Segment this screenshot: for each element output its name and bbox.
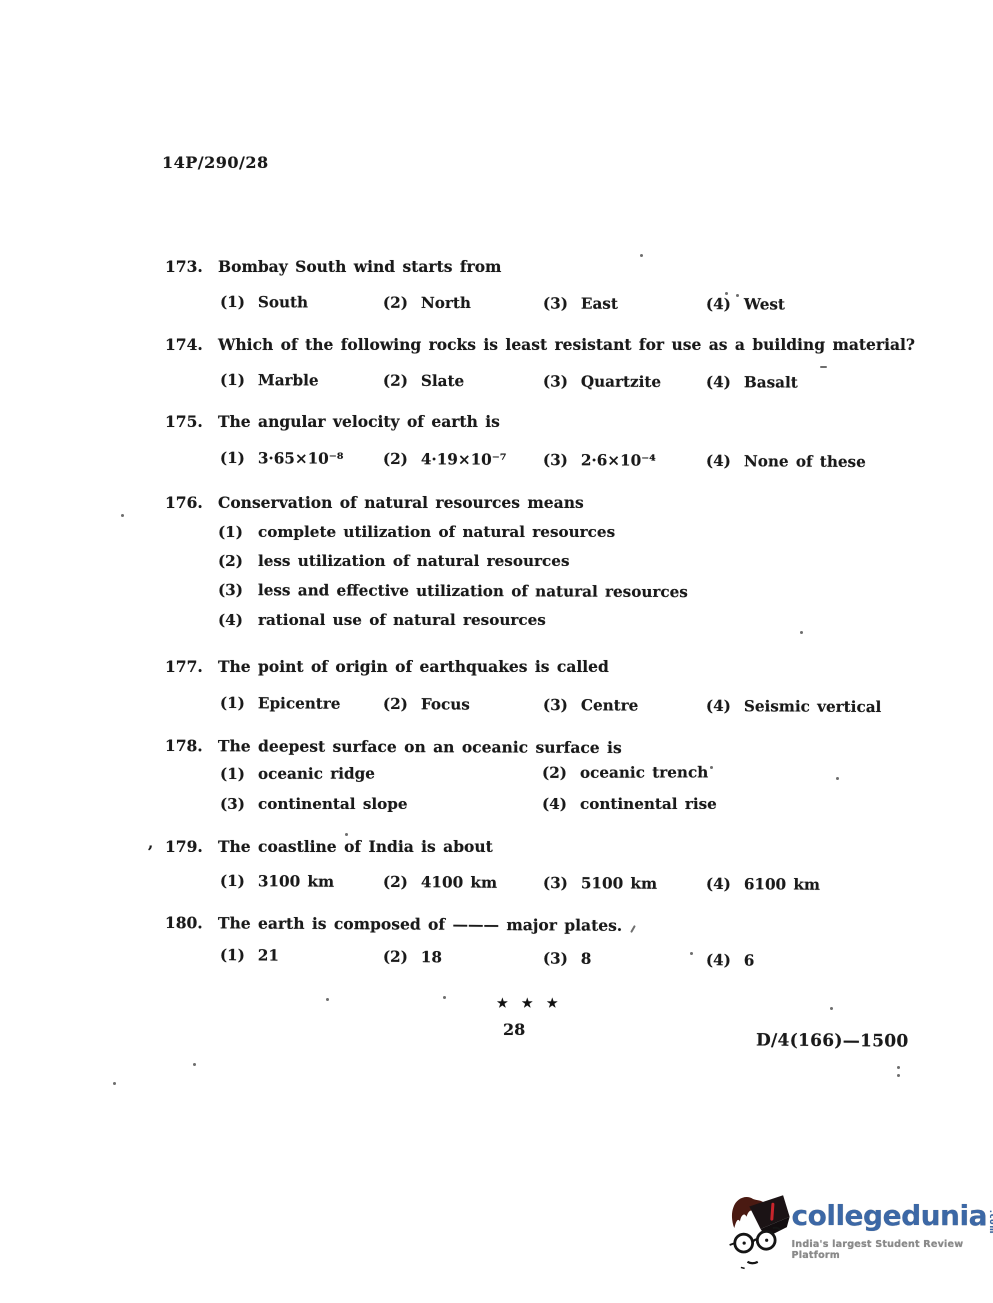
question-text: The earth is composed of ——— major plate… — [218, 913, 622, 934]
option-4: (4)6 — [706, 951, 755, 970]
question-175: 175.The angular velocity of earth is — [165, 412, 500, 431]
scan-mark-comma: , — [148, 834, 153, 852]
scan-speck — [345, 833, 348, 836]
brand-tagline: India's largest Student Review Platform — [792, 1239, 993, 1261]
scan-speck — [443, 996, 446, 999]
option-1: (1)South — [220, 293, 308, 311]
question-number: 176. — [165, 493, 218, 512]
question-text: The coastline of India is about — [218, 837, 493, 856]
question-text: Conservation of natural resources means — [218, 493, 584, 512]
option-4: (4)6100 km — [706, 875, 820, 894]
question-text: Which of the following rocks is least re… — [218, 335, 915, 354]
option-2: (2)18 — [383, 948, 442, 967]
question-173: 173.Bombay South wind starts from — [165, 257, 501, 276]
option-1: (1)21 — [220, 946, 279, 965]
question-number: 175. — [165, 412, 218, 431]
collegedunia-logo: collegedunia .com India's largest Studen… — [724, 1186, 993, 1272]
option-4: (4)Basalt — [706, 373, 798, 391]
question-180: 180.The earth is composed of ——— major p… — [165, 913, 622, 935]
question-178-options-row-2: (3)continental slope (4)continental rise — [220, 795, 960, 819]
option-3: (3)8 — [543, 949, 592, 968]
option-4: (4)continental rise — [542, 795, 717, 813]
scan-speck — [897, 1074, 900, 1077]
question-176-option-4: (4)rational use of natural resources — [218, 611, 546, 629]
brand-tld: .com — [988, 1210, 993, 1234]
option-2: (2)4·19×10⁻⁷ — [383, 450, 507, 469]
question-number: 179. — [165, 837, 218, 856]
question-176-option-1: (1)complete utilization of natural resou… — [218, 523, 615, 541]
scan-speck — [725, 292, 728, 295]
question-178-options-row-1: (1)oceanic ridge (2)oceanic trench — [220, 762, 960, 789]
question-number: 178. — [165, 736, 218, 755]
question-173-options: (1)South (2)North (3)East (4)West — [220, 293, 960, 320]
option-2: (2)Slate — [383, 372, 464, 390]
scan-speck — [690, 952, 693, 955]
question-174: 174.Which of the following rocks is leas… — [165, 335, 915, 354]
question-176: 176.Conservation of natural resources me… — [165, 493, 584, 512]
question-179: 179.The coastline of India is about — [165, 837, 493, 856]
option-1: (1)3·65×10⁻⁸ — [220, 449, 344, 468]
scan-speck — [836, 777, 839, 780]
option-2: (2)North — [383, 294, 471, 312]
option-3: (3)Quartzite — [543, 372, 661, 391]
brand-name: collegedunia — [792, 1202, 987, 1230]
scan-speck — [326, 998, 329, 1001]
question-text: The angular velocity of earth is — [218, 412, 500, 431]
option-2: (2)oceanic trench — [542, 763, 708, 782]
page-number: 28 — [503, 1020, 525, 1039]
option-3: (3)5100 km — [543, 874, 657, 893]
question-number: 173. — [165, 257, 218, 276]
option-3: (3)Centre — [543, 696, 639, 715]
print-code: D/4(166)—1500 — [756, 1030, 909, 1051]
collegedunia-logo-text: collegedunia .com India's largest Studen… — [792, 1186, 993, 1261]
question-175-options: (1)3·65×10⁻⁸ (2)4·19×10⁻⁷ (3)2·6×10⁻⁴ (4… — [220, 449, 960, 478]
question-177-options: (1)Epicentre (2)Focus (3)Centre (4)Seism… — [220, 694, 960, 723]
question-177: 177.The point of origin of earthquakes i… — [165, 657, 609, 676]
question-174-options: (1)Marble (2)Slate (3)Quartzite (4)Basal… — [220, 371, 960, 398]
option-4: (4)West — [706, 295, 785, 313]
scan-speck — [113, 1082, 116, 1085]
scan-speck — [630, 925, 636, 933]
option-1: (1)Epicentre — [220, 694, 341, 713]
question-178: 178.The deepest surface on an oceanic su… — [165, 736, 622, 757]
option-3: (3)East — [543, 294, 618, 312]
question-number: 174. — [165, 335, 218, 354]
question-text: Bombay South wind starts from — [218, 257, 501, 276]
question-number: 177. — [165, 657, 218, 676]
option-2: (2)Focus — [383, 695, 470, 714]
scan-speck — [121, 514, 124, 517]
scan-speck — [820, 366, 827, 368]
option-1: (1)oceanic ridge — [220, 764, 375, 783]
scan-speck — [736, 294, 739, 297]
question-180-options: (1)21 (2)18 (3)8 (4)6 — [220, 946, 960, 978]
scanned-exam-page: 14P/290/28 173.Bombay South wind starts … — [0, 0, 993, 1303]
question-text: The point of origin of earthquakes is ca… — [218, 657, 609, 676]
option-1: (1)Marble — [220, 371, 319, 389]
option-1: (1)3100 km — [220, 872, 334, 891]
option-4: (4)None of these — [706, 452, 866, 471]
paper-code: 14P/290/28 — [162, 153, 269, 172]
scan-speck — [897, 1066, 900, 1069]
question-179-options: (1)3100 km (2)4100 km (3)5100 km (4)6100… — [220, 872, 960, 901]
graduate-mascot-icon — [724, 1186, 792, 1272]
scan-speck — [710, 766, 713, 769]
option-3: (3)continental slope — [220, 795, 408, 813]
option-3: (3)2·6×10⁻⁴ — [543, 451, 656, 470]
option-4: (4)Seismic vertical — [706, 697, 882, 716]
end-of-section-stars: ★ ★ ★ — [497, 996, 563, 1010]
question-number: 180. — [165, 913, 218, 932]
scan-speck — [193, 1063, 196, 1066]
question-text: The deepest surface on an oceanic surfac… — [218, 736, 622, 757]
scan-speck — [640, 254, 643, 257]
question-176-option-2: (2)less utilization of natural resources — [218, 552, 570, 570]
scan-speck — [830, 1007, 833, 1010]
scan-speck — [800, 631, 803, 634]
question-176-option-3: (3)less and effective utilization of nat… — [218, 581, 688, 601]
option-2: (2)4100 km — [383, 873, 497, 892]
